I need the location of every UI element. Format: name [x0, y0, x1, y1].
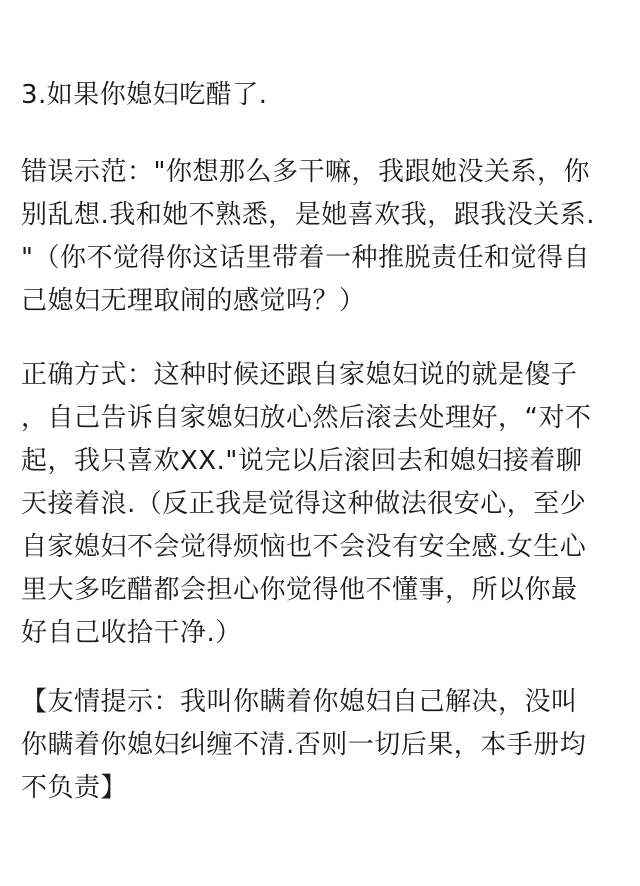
paragraph-line: 错误示范："你想那么多干嘛，我跟她没关系，你: [21, 155, 590, 189]
paragraph-line: "（你不觉得你这话里带着一种推脱责任和觉得自: [21, 241, 590, 275]
paragraph-line: 你瞒着你媳妇纠缠不清.否则一切后果，本手册均: [21, 728, 586, 762]
paragraph-line: 自家媳妇不会觉得烦恼也不会没有安全感.女生心: [21, 530, 586, 564]
paragraph-line: ，自己告诉自家媳妇放心然后滚去处理好，“对不: [21, 401, 591, 435]
paragraph-line: 【友情提示：我叫你瞒着你媳妇自己解决，没叫: [21, 685, 578, 719]
paragraph-line: 天接着浪.（反正我是觉得这种做法很安心，至少: [21, 487, 586, 521]
paragraph-line: 起，我只喜欢XX."说完以后滚回去和媳妇接着聊: [21, 444, 582, 478]
section-heading: 3.如果你媳妇吃醋了.: [21, 78, 268, 112]
paragraph-line: 里大多吃醋都会担心你觉得他不懂事，所以你最: [21, 573, 578, 607]
paragraph-line: 别乱想.我和她不熟悉，是她喜欢我，跟我没关系.: [21, 198, 595, 232]
paragraph-line: 己媳妇无理取闹的感觉吗？）: [21, 284, 366, 318]
paragraph-line: 不负责】: [21, 771, 127, 805]
paragraph-line: 正确方式：这种时候还跟自家媳妇说的就是傻子: [21, 358, 578, 392]
paragraph-line: 好自己收拾干净.）: [21, 616, 242, 650]
